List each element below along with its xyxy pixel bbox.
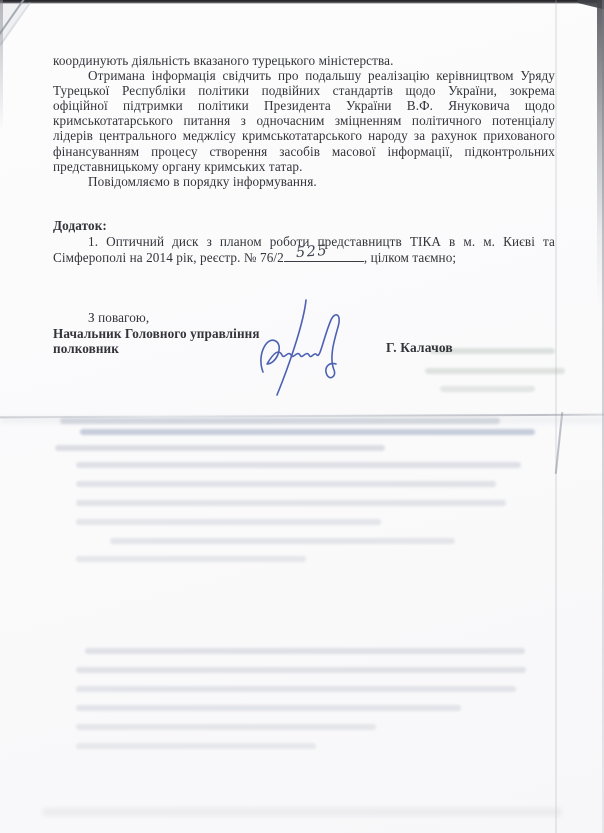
body-paragraphs: координують діяльність вказаного турецьк…	[53, 53, 555, 189]
signature-long-stroke	[277, 300, 306, 395]
scan-bottom-smudge	[42, 808, 562, 816]
attachment-line2-tail: , цілком таємно;	[364, 250, 456, 265]
text-line: Турецької Республіки політики подвійних …	[53, 83, 555, 98]
text-line: кримськотатарського питання з одночасним…	[53, 113, 555, 128]
handwritten-signature	[248, 292, 368, 404]
text-line: Повідомляємо в порядку інформування.	[53, 174, 555, 189]
text-line: лідерів центрального меджлісу кримськота…	[53, 128, 555, 143]
text-line: представницькому органу кримських татар.	[53, 159, 555, 174]
text-line: координують діяльність вказаного турецьк…	[53, 53, 555, 68]
text-line: офіційної підтримки політики Президента …	[53, 98, 555, 113]
attachment-heading: Додаток:	[53, 218, 555, 234]
signature-scribble	[261, 315, 339, 378]
attachment-line2-text: Сімферополі на 2014 рік, реєстр. № 76/2	[53, 250, 284, 265]
scanned-document-page: координують діяльність вказаного турецьк…	[0, 0, 604, 833]
handwritten-registry-number: 525	[295, 244, 328, 262]
signer-name: Г. Калачов	[386, 340, 453, 356]
registry-number-blank-line: 525	[284, 249, 364, 262]
text-line: Отримана інформація свідчить про подальш…	[53, 68, 555, 83]
attachment-section: Додаток: 1. Оптичний диск з планом робот…	[53, 218, 555, 266]
scan-top-edge-artifact	[0, 0, 604, 4]
scan-left-edge-artifact	[0, 0, 3, 130]
attachment-item-line-2: Сімферополі на 2014 рік, реєстр. № 76/25…	[53, 249, 555, 266]
text-line: фінансуванням процесу створення засобів …	[53, 144, 555, 159]
